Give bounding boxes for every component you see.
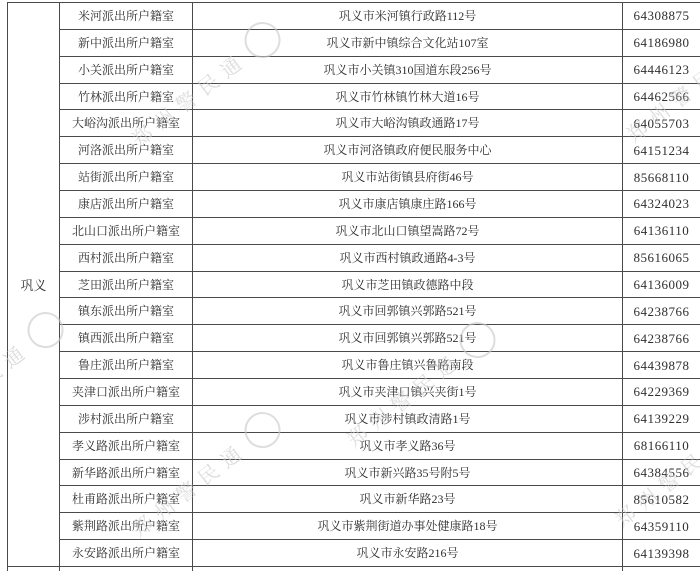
office-cell: 镇东派出所户籍室: [60, 298, 193, 325]
phone-cell: 64462566: [623, 84, 700, 111]
address-cell: 巩义市芝田镇政德路中段: [193, 272, 623, 299]
phone-cell: 64359110: [623, 513, 700, 540]
office-cell: 涉村派出所户籍室: [60, 406, 193, 433]
office-cell: 竹林派出所户籍室: [60, 84, 193, 111]
address-cell: 巩义市回郭镇兴郭路521号: [193, 298, 623, 325]
address-cell: 巩义市紫荆街道办事处健康路18号: [193, 513, 623, 540]
office-cell: 孝义路派出所户籍室: [60, 433, 193, 460]
office-cell: 小关派出所户籍室: [60, 57, 193, 84]
partial-row-cell: [60, 567, 193, 571]
office-cell: 北山口派出所户籍室: [60, 218, 193, 245]
address-cell: 巩义市北山口镇望嵩路72号: [193, 218, 623, 245]
address-cell: 巩义市孝义路36号: [193, 433, 623, 460]
phone-cell: 85668110: [623, 164, 700, 191]
address-cell: 巩义市夹津口镇兴夹街1号: [193, 379, 623, 406]
office-cell: 新中派出所户籍室: [60, 30, 193, 57]
office-cell: 永安路派出所户籍室: [60, 540, 193, 567]
address-cell: 巩义市大峪沟镇政通路17号: [193, 110, 623, 137]
phone-cell: 64055703: [623, 110, 700, 137]
address-cell: 巩义市新中镇综合文化站107室: [193, 30, 623, 57]
office-cell: 镇西派出所户籍室: [60, 325, 193, 352]
address-cell: 巩义市小关镇310国道东段256号: [193, 57, 623, 84]
address-cell: 巩义市竹林镇竹林大道16号: [193, 84, 623, 111]
office-cell: 康店派出所户籍室: [60, 191, 193, 218]
address-cell: 巩义市站街镇县府街46号: [193, 164, 623, 191]
address-cell: 巩义市永安路216号: [193, 540, 623, 567]
phone-cell: 64384556: [623, 460, 700, 487]
phone-cell: 64324023: [623, 191, 700, 218]
address-cell: 巩义市西村镇政通路4-3号: [193, 245, 623, 272]
address-cell: 巩义市河洛镇政府便民服务中心: [193, 137, 623, 164]
phone-cell: 68166110: [623, 433, 700, 460]
office-cell: 杜甫路派出所户籍室: [60, 486, 193, 513]
partial-row-cell: [623, 567, 700, 571]
office-cell: 鲁庄派出所户籍室: [60, 352, 193, 379]
office-cell: 站街派出所户籍室: [60, 164, 193, 191]
office-cell: 大峪沟派出所户籍室: [60, 110, 193, 137]
partial-row-cell: [8, 567, 60, 571]
office-cell: 米河派出所户籍室: [60, 3, 193, 30]
address-cell: 巩义市鲁庄镇兴鲁路南段: [193, 352, 623, 379]
phone-cell: 64238766: [623, 298, 700, 325]
phone-cell: 64139398: [623, 540, 700, 567]
address-cell: 巩义市涉村镇政清路1号: [193, 406, 623, 433]
address-cell: 巩义市回郭镇兴郭路521号: [193, 325, 623, 352]
region-cell: 巩义: [8, 3, 60, 567]
phone-cell: 64186980: [623, 30, 700, 57]
address-cell: 巩义市康店镇康庄路166号: [193, 191, 623, 218]
address-cell: 巩义市米河镇行政路112号: [193, 3, 623, 30]
contact-table: 巩义 米河派出所户籍室巩义市米河镇行政路112号64308875新中派出所户籍室…: [7, 2, 700, 571]
phone-cell: 64439878: [623, 352, 700, 379]
partial-row-cell: [193, 567, 623, 571]
phone-cell: 64136009: [623, 272, 700, 299]
phone-cell: 85610582: [623, 486, 700, 513]
office-cell: 紫荆路派出所户籍室: [60, 513, 193, 540]
office-cell: 新华路派出所户籍室: [60, 460, 193, 487]
phone-cell: 64238766: [623, 325, 700, 352]
address-cell: 巩义市新兴路35号附5号: [193, 460, 623, 487]
phone-cell: 64446123: [623, 57, 700, 84]
phone-cell: 64136110: [623, 218, 700, 245]
page: 巩义 米河派出所户籍室巩义市米河镇行政路112号64308875新中派出所户籍室…: [0, 0, 700, 571]
phone-cell: 64308875: [623, 3, 700, 30]
phone-cell: 64139229: [623, 406, 700, 433]
phone-cell: 64229369: [623, 379, 700, 406]
address-cell: 巩义市新华路23号: [193, 486, 623, 513]
phone-cell: 64151234: [623, 137, 700, 164]
phone-cell: 85616065: [623, 245, 700, 272]
office-cell: 河洛派出所户籍室: [60, 137, 193, 164]
office-cell: 夹津口派出所户籍室: [60, 379, 193, 406]
office-cell: 西村派出所户籍室: [60, 245, 193, 272]
office-cell: 芝田派出所户籍室: [60, 272, 193, 299]
